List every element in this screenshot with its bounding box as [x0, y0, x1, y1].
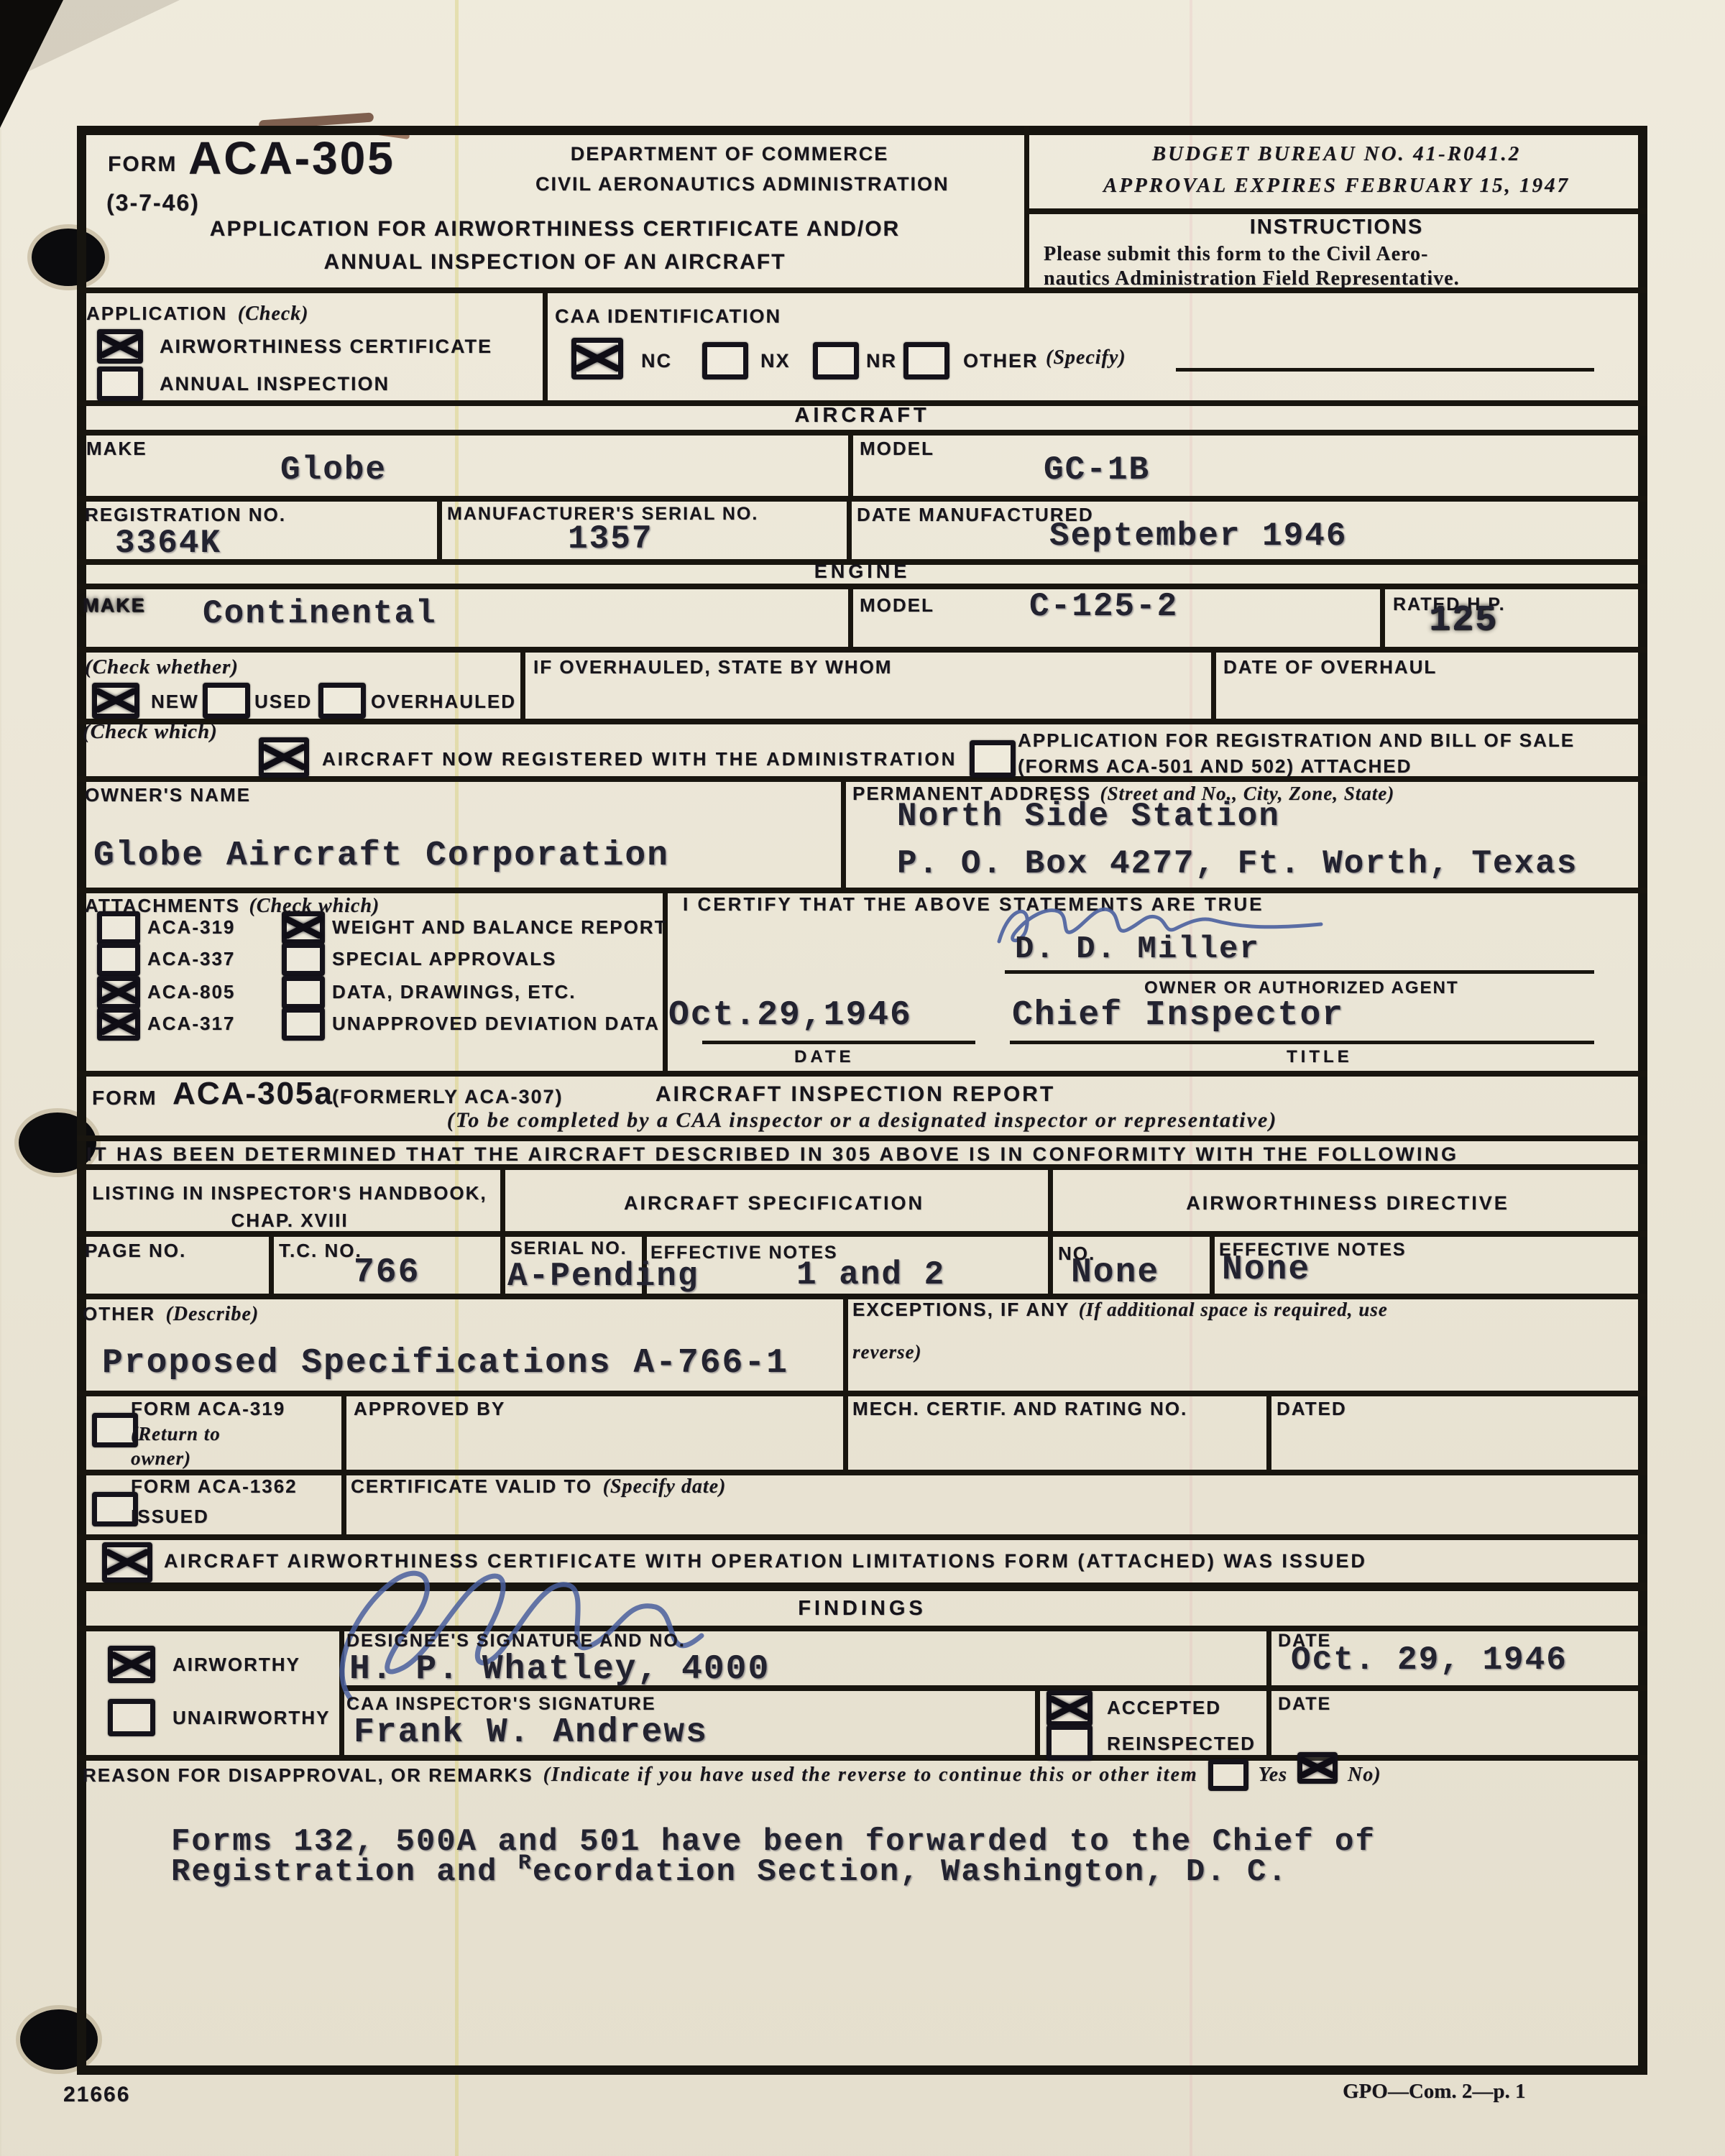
owner-address-line1: North Side Station	[897, 799, 1280, 834]
aca-317-label: ACA-317	[147, 1012, 235, 1036]
owner-name-label: OWNER'S NAME	[85, 783, 251, 807]
certificate-valid-label: CERTIFICATE VALID TO (Specify date)	[351, 1475, 726, 1498]
form-1362-name: FORM ACA-1362	[131, 1475, 298, 1498]
aircraft-make-label: MAKE	[86, 437, 147, 461]
form-1362-issued: ISSUED	[131, 1505, 209, 1529]
divider-line	[437, 496, 442, 559]
divider-line	[77, 1391, 1647, 1396]
aircraft-section-title: AIRCRAFT	[77, 404, 1647, 428]
budget-bureau-line2: APPROVAL EXPIRES FEBRUARY 15, 1947	[1029, 174, 1644, 198]
checkbox-aca-337[interactable]	[97, 943, 140, 976]
superscript-r: R	[518, 1851, 533, 1876]
registration-no-label: REGISTRATION NO.	[85, 503, 286, 527]
directive-notes-value: None	[1222, 1252, 1310, 1288]
checkbox-data-drawings[interactable]	[282, 976, 325, 1009]
divider-line	[1035, 1685, 1040, 1755]
other-label: OTHER	[963, 349, 1039, 374]
unapproved-deviation-label: UNAPPROVED DEVIATION DATA	[332, 1012, 660, 1036]
divider-line	[543, 287, 548, 400]
title-line	[1010, 1041, 1594, 1044]
divider-line	[520, 647, 525, 719]
accepted-label: ACCEPTED	[1107, 1696, 1221, 1720]
nr-label: NR	[866, 349, 897, 374]
aca-337-label: ACA-337	[147, 947, 235, 971]
registration-attached-line1: APPLICATION FOR REGISTRATION AND BILL OF…	[1018, 729, 1575, 752]
divider-line	[848, 584, 853, 647]
footer-gpo: GPO—Com. 2—p. 1	[1343, 2080, 1526, 2104]
form-319-name: FORM ACA-319	[131, 1397, 285, 1421]
engine-make-label: MAKE	[83, 594, 146, 618]
engine-make-value: Continental	[203, 596, 437, 631]
other-describe-note: (Describe)	[165, 1303, 259, 1325]
report-formerly: (FORMERLY ACA-307)	[332, 1085, 563, 1110]
certificate-valid-note: (Specify date)	[603, 1475, 727, 1498]
annual-inspection-label: ANNUAL INSPECTION	[160, 372, 390, 397]
report-subtitle: (To be completed by a CAA inspector or a…	[77, 1108, 1647, 1133]
divider-line	[77, 1470, 1647, 1475]
agent-signature-line	[1005, 970, 1594, 974]
engine-check-whether-label: (Check whether)	[85, 655, 239, 679]
divider-line	[1024, 126, 1029, 287]
engine-overhauled-label: OVERHAULED	[371, 690, 516, 714]
divider-line	[1211, 647, 1216, 719]
unairworthy-label: UNAIRWORTHY	[172, 1706, 330, 1730]
directive-no-value: None	[1071, 1255, 1159, 1291]
checkbox-remarks-yes[interactable]	[1208, 1759, 1248, 1791]
report-title: AIRCRAFT INSPECTION REPORT	[546, 1081, 1164, 1108]
certify-title-label: TITLE	[1287, 1046, 1353, 1068]
exceptions-note1: (If additional space is required, use	[1079, 1299, 1388, 1320]
checkbox-engine-new[interactable]	[92, 683, 139, 719]
divider-line	[77, 430, 1647, 436]
checkbox-nc[interactable]	[571, 338, 623, 379]
remarks-line: REASON FOR DISAPPROVAL, OR REMARKS (Indi…	[83, 1759, 1646, 1791]
scanner-corner	[0, 0, 63, 128]
divider-line	[1210, 1231, 1215, 1294]
checkbox-aca-319[interactable]	[97, 911, 140, 944]
other-describe-value: Proposed Specifications A-766-1	[102, 1345, 788, 1381]
checkbox-accepted[interactable]	[1046, 1690, 1092, 1726]
certify-date-value: Oct.29,1946	[668, 998, 912, 1033]
aircraft-model-label: MODEL	[860, 437, 934, 461]
other-specify-line	[1176, 368, 1594, 372]
date-line	[702, 1041, 975, 1044]
findings-date-value: Oct. 29, 1946	[1291, 1643, 1568, 1677]
weight-balance-label: WEIGHT AND BALANCE REPORT	[332, 916, 667, 939]
checkbox-engine-used[interactable]	[203, 683, 250, 719]
checkbox-nx[interactable]	[702, 342, 748, 379]
designee-signature-label: DESIGNEE'S SIGNATURE AND NO.	[346, 1630, 686, 1652]
nc-label: NC	[641, 349, 672, 374]
form-number: ACA-305	[188, 129, 395, 187]
mech-certif-label: MECH. CERTIF. AND RATING NO.	[852, 1397, 1187, 1421]
caa-inspector-signature-label: CAA INSPECTOR'S SIGNATURE	[346, 1693, 656, 1715]
aca-805-label: ACA-805	[147, 980, 235, 1004]
divider-line	[77, 584, 1647, 589]
tc-no-label: T.C. NO.	[279, 1239, 362, 1263]
divider-line	[1380, 584, 1385, 647]
instructions-line1: Please submit this form to the Civil Aer…	[1044, 243, 1428, 266]
divider-line	[500, 1164, 505, 1294]
scanned-form-page: FORM ACA-305 (3-7-46) DEPARTMENT OF COMM…	[0, 0, 1725, 2156]
form-319-note2: owner)	[131, 1447, 191, 1470]
overhaul-date-label: DATE OF OVERHAUL	[1223, 655, 1437, 679]
checkbox-certificate-issued[interactable]	[102, 1542, 152, 1583]
spec-header: AIRCRAFT SPECIFICATION	[503, 1192, 1045, 1216]
date-manufactured-value: September 1946	[1049, 519, 1347, 553]
form-label: FORM	[108, 151, 177, 178]
remarks-note: (Indicate if you have used the reverse t…	[543, 1764, 1198, 1787]
checkbox-reinspected[interactable]	[1046, 1725, 1092, 1761]
divider-line	[77, 1626, 1647, 1631]
checkbox-registered[interactable]	[259, 737, 309, 778]
engine-model-value: C-125-2	[1029, 589, 1178, 624]
remarks-label: REASON FOR DISAPPROVAL, OR REMARKS	[83, 1764, 533, 1787]
registration-attached-line2: (FORMS ACA-501 AND 502) ATTACHED	[1018, 755, 1412, 778]
budget-bureau-line1: BUDGET BUREAU NO. 41-R041.2	[1029, 142, 1644, 166]
nx-label: NX	[760, 349, 791, 374]
instructions-title: INSTRUCTIONS	[1029, 214, 1644, 240]
check-which-label: (Check which)	[83, 720, 218, 744]
certify-signer-name: D. D. Miller	[1015, 933, 1260, 966]
caa-identification-label: CAA IDENTIFICATION	[555, 305, 781, 329]
divider-line	[1024, 208, 1647, 214]
footer-print-code: 21666	[63, 2081, 130, 2109]
registered-label: AIRCRAFT NOW REGISTERED WITH THE ADMINIS…	[322, 747, 957, 771]
checkbox-unairworthy[interactable]	[108, 1699, 155, 1736]
aircraft-make-value: Globe	[280, 453, 387, 487]
listing-header-line1: LISTING IN INSPECTOR'S HANDBOOK,	[84, 1181, 495, 1205]
divider-line	[848, 430, 853, 496]
engine-used-label: USED	[254, 690, 312, 714]
exceptions-label: EXCEPTIONS, IF ANY (If additional space …	[852, 1298, 1388, 1322]
owner-address-line2: P. O. Box 4277, Ft. Worth, Texas	[897, 847, 1578, 881]
form-revision: (3-7-46)	[106, 188, 200, 217]
instructions-line2: nautics Administration Field Representat…	[1044, 267, 1460, 290]
approved-by-label: APPROVED BY	[354, 1397, 505, 1421]
checkbox-aca-805[interactable]	[97, 976, 140, 1009]
checkbox-remarks-no[interactable]	[1297, 1752, 1338, 1784]
divider-line	[1048, 1164, 1053, 1294]
remarks-no-label: No)	[1348, 1764, 1381, 1787]
checkbox-aca-317[interactable]	[97, 1008, 140, 1041]
spec-serial-label: SERIAL NO.	[510, 1238, 627, 1260]
application-label: APPLICATION (Check)	[86, 302, 309, 326]
divider-line	[341, 1391, 346, 1534]
other-describe-label: OTHER (Describe)	[83, 1302, 259, 1326]
registration-no-value: 3364K	[115, 526, 221, 561]
engine-section-title: ENGINE	[77, 561, 1647, 583]
rated-hp-value: 125	[1429, 602, 1498, 640]
divider-line	[77, 496, 1647, 502]
department-name-line2: CIVIL AERONAUTICS ADMINISTRATION	[535, 172, 924, 197]
designee-signature-value: H. P. Whatley, 4000	[349, 1651, 770, 1687]
special-approvals-label: SPECIAL APPROVALS	[332, 947, 556, 971]
data-drawings-label: DATA, DRAWINGS, ETC.	[332, 980, 576, 1004]
findings-section-title: FINDINGS	[77, 1597, 1647, 1621]
caa-inspector-signature-value: Frank W. Andrews	[354, 1715, 708, 1751]
tc-no-value: 766	[354, 1255, 420, 1291]
divider-line	[77, 1534, 1647, 1540]
airworthy-label: AIRWORTHY	[172, 1653, 300, 1677]
checkbox-nr[interactable]	[813, 342, 859, 379]
checkbox-airworthy[interactable]	[108, 1646, 155, 1683]
certify-title-value: Chief Inspector	[1012, 998, 1344, 1033]
divider-line	[843, 1294, 848, 1391]
divider-line	[847, 496, 852, 559]
owner-name-value: Globe Aircraft Corporation	[93, 838, 669, 874]
divider-line	[77, 647, 1647, 653]
inspector-date-label: DATE	[1278, 1693, 1331, 1715]
form-319-note1: (Return to	[131, 1423, 221, 1445]
application-label-note: (Check)	[238, 303, 309, 325]
dated-label: DATED	[1276, 1397, 1347, 1421]
form-title-line1: APPLICATION FOR AIRWORTHINESS CERTIFICAT…	[91, 216, 1018, 243]
certify-date-label: DATE	[794, 1046, 855, 1068]
checkbox-annual-inspection[interactable]	[97, 367, 143, 401]
other-specify-note: (Specify)	[1046, 346, 1126, 369]
form-title-line2: ANNUAL INSPECTION OF AN AIRCRAFT	[91, 249, 1018, 276]
checkbox-special-approvals[interactable]	[282, 943, 325, 976]
serial-no-value: 1357	[568, 522, 653, 556]
checkbox-airworthiness-certificate[interactable]	[97, 329, 143, 364]
divider-line	[77, 719, 1647, 724]
listing-header-line2: CHAP. XVIII	[84, 1209, 495, 1233]
remarks-yes-label: Yes	[1259, 1764, 1287, 1787]
airworthiness-certificate-label: AIRWORTHINESS CERTIFICATE	[160, 335, 492, 359]
checkbox-registration-attached[interactable]	[970, 740, 1016, 778]
divider-line	[77, 1135, 1647, 1141]
divider-line	[1266, 1626, 1271, 1755]
report-form-label: FORM	[92, 1085, 157, 1110]
checkbox-unapproved-deviation[interactable]	[282, 1008, 325, 1041]
checkbox-weight-balance[interactable]	[282, 911, 325, 944]
divider-line	[841, 776, 846, 888]
page-no-label: PAGE NO.	[85, 1239, 186, 1263]
reinspected-label: REINSPECTED	[1107, 1732, 1256, 1756]
divider-line	[1266, 1391, 1271, 1470]
aca-319-label: ACA-319	[147, 916, 235, 939]
checkbox-other[interactable]	[903, 342, 949, 379]
report-form-number: ACA-305a	[172, 1074, 333, 1113]
engine-model-label: MODEL	[860, 594, 934, 617]
aircraft-model-value: GC-1B	[1044, 453, 1150, 487]
engine-new-label: NEW	[151, 690, 199, 714]
exceptions-note2: reverse)	[852, 1341, 921, 1363]
divider-line	[843, 1391, 848, 1470]
determination-statement: IT HAS BEEN DETERMINED THAT THE AIRCRAFT…	[86, 1143, 1459, 1167]
divider-line	[269, 1231, 274, 1294]
checkbox-engine-overhauled[interactable]	[318, 683, 366, 719]
divider-line	[77, 1583, 1647, 1591]
effective-notes-value: 1 and 2	[796, 1258, 945, 1292]
overhauled-by-label: IF OVERHAULED, STATE BY WHOM	[533, 655, 892, 679]
remarks-body-line2: Registration and Recordation Section, Wa…	[171, 1853, 1288, 1889]
department-name: DEPARTMENT OF COMMERCE	[535, 142, 924, 167]
directive-header: AIRWORTHINESS DIRECTIVE	[1051, 1192, 1644, 1216]
